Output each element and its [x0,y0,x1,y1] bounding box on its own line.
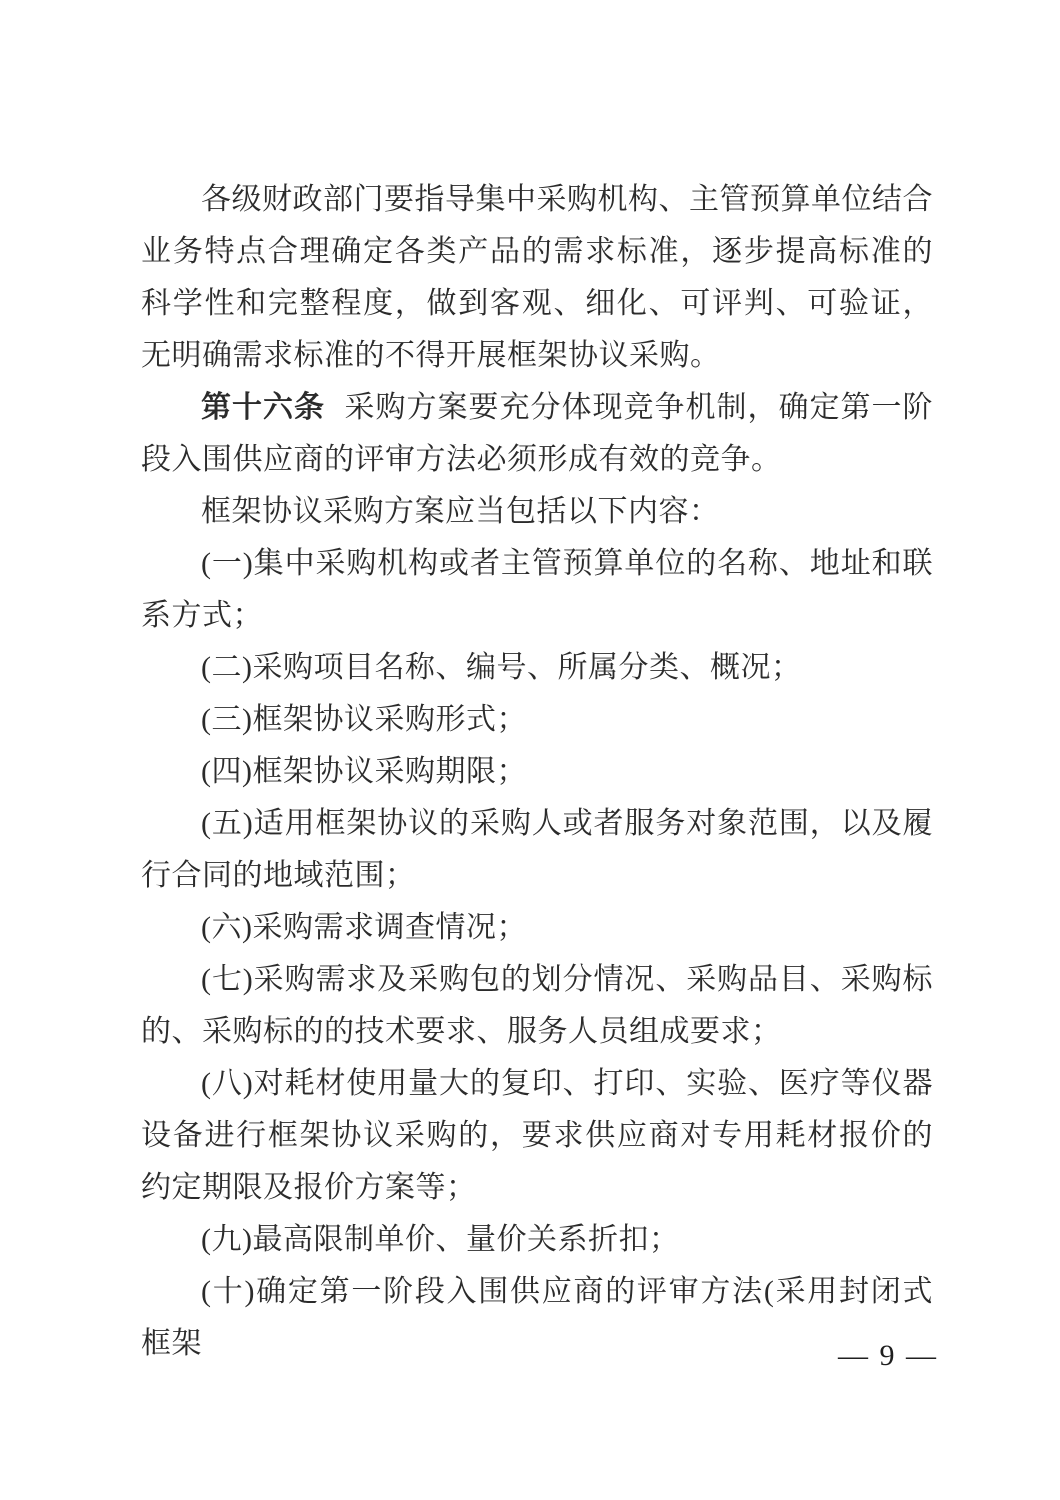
para-plan-contents-intro: 框架协议采购方案应当包括以下内容： [141,486,933,538]
para-article-16: 第十六条采购方案要充分体现竞争机制，确定第一阶段入围供应商的评审方法必须形成有效… [141,382,933,486]
para-finance-guidance: 各级财政部门要指导集中采购机构、主管预算单位结合业务特点合理确定各类产品的需求标… [141,174,933,382]
list-item-2: (二)采购项目名称、编号、所属分类、概况； [141,642,933,694]
page-number: — 9 — [838,1336,938,1376]
article-16-number: 第十六条 [201,391,325,424]
list-item-1: (一)集中采购机构或者主管预算单位的名称、地址和联系方式； [141,538,933,642]
list-item-5: (五)适用框架协议的采购人或者服务对象范围，以及履行合同的地域范围； [141,798,933,902]
list-item-7: (七)采购需求及采购包的划分情况、采购品目、采购标的、采购标的的技术要求、服务人… [141,954,933,1058]
list-item-4: (四)框架协议采购期限； [141,746,933,798]
list-item-10: (十)确定第一阶段入围供应商的评审方法(采用封闭式框架 [141,1266,933,1370]
list-item-6: (六)采购需求调查情况； [141,902,933,954]
list-item-9: (九)最高限制单价、量价关系折扣； [141,1214,933,1266]
list-item-8: (八)对耗材使用量大的复印、打印、实验、医疗等仪器设备进行框架协议采购的，要求供… [141,1058,933,1214]
document-page: 各级财政部门要指导集中采购机构、主管预算单位结合业务特点合理确定各类产品的需求标… [0,0,1060,1500]
list-item-3: (三)框架协议采购形式； [141,694,933,746]
document-body: 各级财政部门要指导集中采购机构、主管预算单位结合业务特点合理确定各类产品的需求标… [141,174,933,1370]
